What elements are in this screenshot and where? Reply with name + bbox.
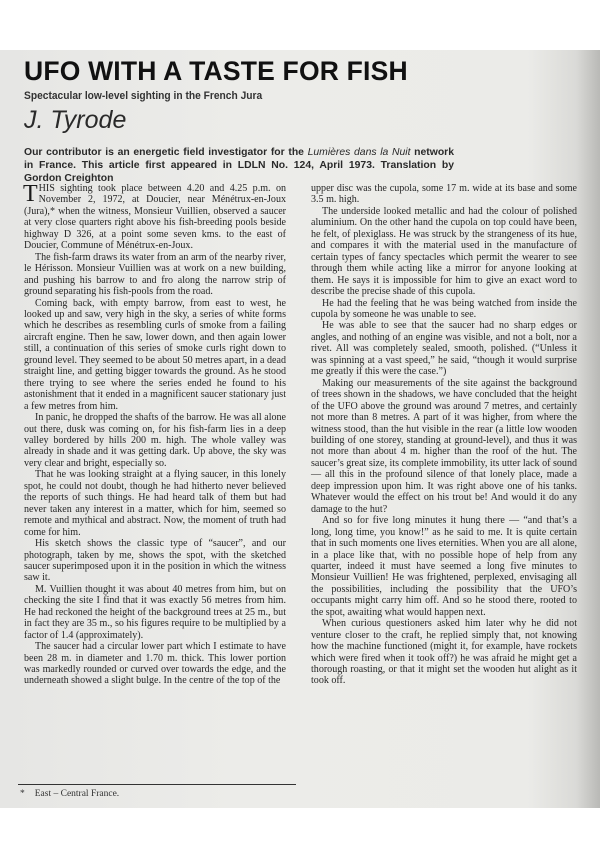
paragraph: Making our measurements of the site agai… bbox=[311, 378, 577, 515]
article-intro: Our contributor is an energetic field in… bbox=[24, 146, 454, 185]
intro-text-1: Our contributor is an energetic field in… bbox=[24, 147, 308, 158]
paragraph: Coming back, with empty barrow, from eas… bbox=[24, 298, 286, 413]
paragraph: His sketch shows the classic type of “sa… bbox=[24, 538, 286, 584]
publication-name: Lumières dans la Nuit bbox=[308, 147, 411, 158]
paragraph: The fish-farm draws its water from an ar… bbox=[24, 252, 286, 298]
drop-cap: T bbox=[23, 184, 38, 204]
magazine-page: UFO WITH A TASTE FOR FISH Spectacular lo… bbox=[0, 50, 600, 808]
paragraph: In panic, he dropped the shafts of the b… bbox=[24, 412, 286, 469]
paragraph: He was able to see that the saucer had n… bbox=[311, 320, 577, 377]
paragraph: The underside looked metallic and had th… bbox=[311, 206, 577, 298]
paragraph: He had the feeling that he was being wat… bbox=[311, 298, 577, 321]
paragraph: M. Vuillien thought it was about 40 metr… bbox=[24, 584, 286, 641]
article-author: J. Tyrode bbox=[24, 106, 126, 135]
paragraph: And so for five long minutes it hung the… bbox=[311, 515, 577, 618]
paragraph: That he was looking straight at a flying… bbox=[24, 469, 286, 538]
footnote-divider bbox=[18, 784, 296, 785]
left-column: THIS sighting took place between 4.20 an… bbox=[24, 183, 286, 687]
paragraph: The saucer had a circular lower part whi… bbox=[24, 641, 286, 687]
right-column: upper disc was the cupola, some 17 m. wi… bbox=[311, 183, 577, 687]
paragraph: THIS sighting took place between 4.20 an… bbox=[24, 183, 286, 252]
article-subtitle: Spectacular low-level sighting in the Fr… bbox=[24, 90, 262, 102]
article-title: UFO WITH A TASTE FOR FISH bbox=[24, 56, 408, 87]
paragraph: upper disc was the cupola, some 17 m. wi… bbox=[311, 183, 577, 206]
paragraph: When curious questioners asked him later… bbox=[311, 618, 577, 687]
footnote: *East – Central France. bbox=[20, 789, 119, 799]
footnote-mark: * bbox=[20, 789, 25, 799]
paragraph-text: HIS sighting took place between 4.20 and… bbox=[24, 183, 286, 251]
footnote-text: East – Central France. bbox=[35, 789, 119, 799]
